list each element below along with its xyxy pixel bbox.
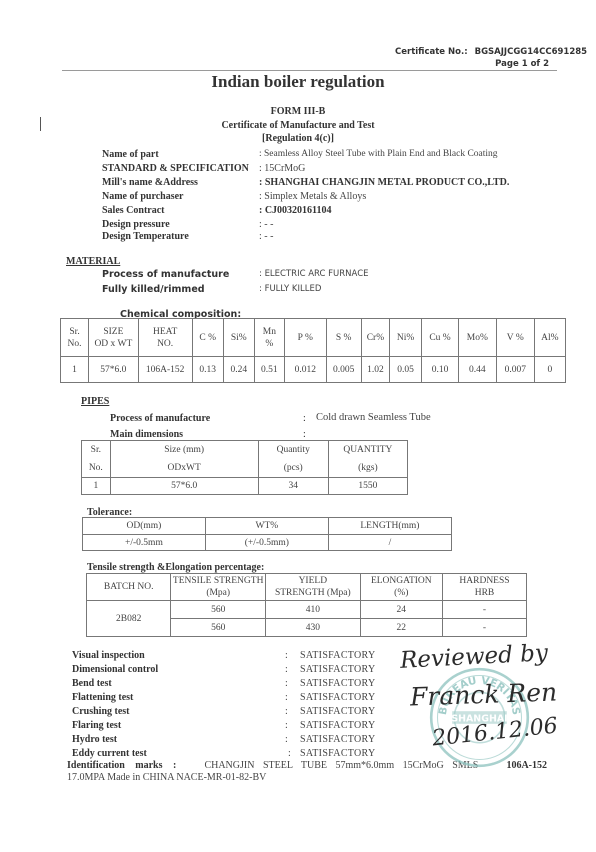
test-result: SATISFACTORY [300, 692, 375, 703]
tensile-header-cell: HARDNESSHRB [442, 574, 526, 601]
document-title: Indian boiler regulation [0, 72, 596, 92]
chem-header-cell: Mo% [458, 319, 496, 357]
chem-cell: 0.24 [223, 357, 254, 383]
material-value: : FULLY KILLED [259, 284, 321, 294]
test-colon: : [285, 720, 288, 731]
tensile-cell: - [442, 601, 526, 619]
test-label: Visual inspection [72, 650, 145, 661]
material-heading: MATERIAL [66, 256, 120, 267]
main-dimensions-table: Sr.No.Size (mm)ODxWTQuantity(pcs)QUANTIT… [81, 440, 408, 495]
main-dimensions-colon: : [303, 429, 306, 440]
certificate-number: Certificate No.: BGSAJJCGG14CC691285 [395, 47, 587, 57]
tensile-header-cell: ELONGATION(%) [360, 574, 442, 601]
chem-header-cell: SIZEOD x WT [89, 319, 138, 357]
chem-cell: 0.44 [458, 357, 496, 383]
page-indicator: Page 1 of 2 [495, 59, 549, 69]
certificate-number-label: Certificate No.: [395, 47, 468, 57]
header-divider [62, 70, 557, 71]
main-dimensions-label: Main dimensions [110, 429, 183, 440]
test-label: Flattening test [72, 692, 133, 703]
dims-cell: 34 [258, 478, 328, 495]
chem-cell: 0.05 [390, 357, 422, 383]
tolerance-header-cell: OD(mm) [83, 518, 206, 535]
info-value: : SHANGHAI CHANGJIN METAL PRODUCT CO.,LT… [259, 177, 509, 188]
test-result: SATISFACTORY [300, 720, 375, 731]
tolerance-cell: / [328, 535, 451, 551]
info-label: Name of purchaser [102, 191, 183, 202]
chem-header-cell: Cr% [361, 319, 389, 357]
dims-cell: 1 [82, 478, 111, 495]
chem-cell: 0.005 [326, 357, 361, 383]
pipes-process-colon: : [303, 413, 306, 424]
chem-cell: 57*6.0 [89, 357, 138, 383]
tensile-cell: 430 [266, 619, 361, 637]
chem-header-cell: V % [496, 319, 534, 357]
chem-row: 157*6.0106A-1520.130.240.510.0120.0051.0… [61, 357, 566, 383]
dims-row: 157*6.0341550 [82, 478, 408, 495]
dims-header-cell: Quantity(pcs) [258, 441, 328, 478]
test-colon: : [285, 706, 288, 717]
info-value: : CJ00320161104 [259, 205, 332, 216]
tolerance-cell: (+/-0.5mm) [205, 535, 328, 551]
info-label: Design Temperature [102, 231, 189, 242]
chem-cell: 0.012 [284, 357, 326, 383]
chemical-composition-table: Sr.No.SIZEOD x WTHEATNO.C %Si%Mn%P %S %C… [60, 318, 566, 383]
test-colon: : [285, 664, 288, 675]
tensile-label: Tensile strength &Elongation percentage: [87, 562, 264, 573]
test-result: SATISFACTORY [300, 678, 375, 689]
info-value: : - - [259, 219, 273, 230]
chem-cell: 0.007 [496, 357, 534, 383]
test-result: SATISFACTORY [300, 734, 375, 745]
test-result: SATISFACTORY [300, 748, 375, 759]
test-result: SATISFACTORY [300, 664, 375, 675]
chem-cell: 1 [61, 357, 89, 383]
tensile-table: BATCH NO.TENSILE STRENGTH(Mpa)YIELDSTREN… [86, 573, 527, 637]
chem-cell: 0 [534, 357, 565, 383]
tensile-cell: 22 [360, 619, 442, 637]
pipes-process-label: Process of manufacture [110, 413, 210, 424]
tensile-row: 2B08256041024- [87, 601, 527, 619]
tensile-cell: 24 [360, 601, 442, 619]
info-value: : - - [259, 231, 273, 242]
info-label: Design pressure [102, 219, 170, 230]
tensile-cell: 560 [171, 601, 266, 619]
pipes-heading: PIPES [81, 396, 109, 407]
chem-header-cell: HEATNO. [138, 319, 192, 357]
signature-name: Franck Ren [410, 677, 558, 711]
test-label: Flaring test [72, 720, 121, 731]
chem-header-cell: C % [192, 319, 223, 357]
tensile-cell: 560 [171, 619, 266, 637]
form-subtitle: Certificate of Manufacture and Test [0, 120, 596, 131]
info-value: : 15CrMoG [259, 163, 305, 174]
dims-header-cell: Size (mm)ODxWT [110, 441, 258, 478]
test-label: Crushing test [72, 706, 130, 717]
chem-header-cell: Si% [223, 319, 254, 357]
form-regulation: [Regulation 4(c)] [0, 133, 596, 144]
chem-cell: 0.10 [422, 357, 459, 383]
info-label: Mill's name &Address [102, 177, 198, 188]
chem-header-cell: Mn% [254, 319, 284, 357]
chem-header-cell: S % [326, 319, 361, 357]
test-colon: : [285, 692, 288, 703]
test-colon: : [285, 650, 288, 661]
test-label: Hydro test [72, 734, 117, 745]
test-label: Bend test [72, 678, 112, 689]
chem-cell: 1.02 [361, 357, 389, 383]
identification-label: Identification marks : [67, 760, 176, 772]
chem-header-cell: Ni% [390, 319, 422, 357]
chem-cell: 106A-152 [138, 357, 192, 383]
tolerance-header-cell: WT% [205, 518, 328, 535]
material-label: Process of manufacture [102, 269, 229, 280]
test-result: SATISFACTORY [300, 706, 375, 717]
chem-header-cell: Al% [534, 319, 565, 357]
tensile-cell: 410 [266, 601, 361, 619]
tolerance-header-cell: LENGTH(mm) [328, 518, 451, 535]
dims-cell: 1550 [328, 478, 407, 495]
dims-header-cell: QUANTITY(kgs) [328, 441, 407, 478]
tensile-cell: - [442, 619, 526, 637]
test-colon: : [288, 748, 291, 759]
margin-mark [40, 117, 41, 131]
material-value: : ELECTRIC ARC FURNACE [259, 269, 369, 279]
tolerance-cell: +/-0.5mm [83, 535, 206, 551]
chem-header-cell: Cu % [422, 319, 459, 357]
dims-cell: 57*6.0 [110, 478, 258, 495]
tensile-batch-cell: 2B082 [87, 601, 171, 637]
pipes-process-value: Cold drawn Seamless Tube [316, 412, 431, 423]
tensile-header-cell: BATCH NO. [87, 574, 171, 601]
material-label: Fully killed/rimmed [102, 284, 205, 295]
tolerance-table: OD(mm)WT%LENGTH(mm)+/-0.5mm(+/-0.5mm)/ [82, 517, 452, 551]
info-value: : Seamless Alloy Steel Tube with Plain E… [259, 149, 498, 159]
tensile-header-cell: TENSILE STRENGTH(Mpa) [171, 574, 266, 601]
test-result: SATISFACTORY [300, 650, 375, 661]
chem-cell: 0.51 [254, 357, 284, 383]
test-label: Dimensional control [72, 664, 158, 675]
form-name: FORM III-B [0, 106, 596, 117]
chem-header-cell: Sr.No. [61, 319, 89, 357]
chem-cell: 0.13 [192, 357, 223, 383]
test-colon: : [285, 734, 288, 745]
info-label: STANDARD & SPECIFICATION [102, 163, 249, 174]
identification-line2: 17.0MPA Made in CHINA NACE-MR-01-82-BV [67, 772, 547, 784]
info-label: Name of part [102, 149, 159, 160]
dims-header-cell: Sr.No. [82, 441, 111, 478]
info-value: : Simplex Metals & Alloys [259, 191, 366, 202]
info-label: Sales Contract [102, 205, 165, 216]
certificate-number-value: BGSAJJCGG14CC691285 [475, 47, 587, 57]
chem-header-cell: P % [284, 319, 326, 357]
test-label: Eddy current test [72, 748, 147, 759]
test-colon: : [285, 678, 288, 689]
tensile-header-cell: YIELDSTRENGTH (Mpa) [266, 574, 361, 601]
